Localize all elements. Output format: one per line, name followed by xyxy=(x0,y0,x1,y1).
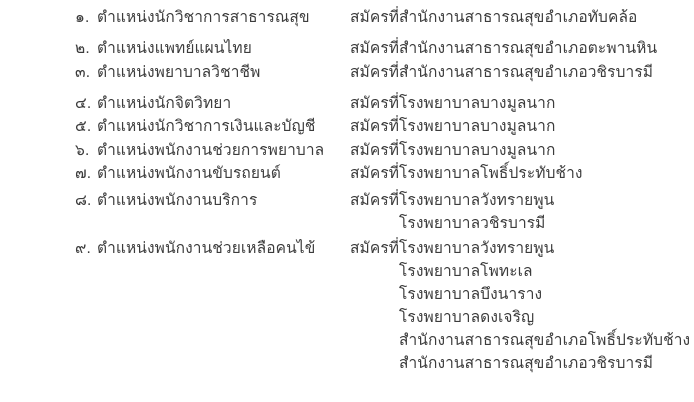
item-number: ๒. xyxy=(75,38,97,59)
apply-label: สมัครที่ xyxy=(350,38,399,59)
apply-location: โรงพยาบาลวชิรบารมี xyxy=(399,213,546,234)
job-row: ๙.ตำแหน่งพนักงานช่วยเหลือคนไข้ xyxy=(75,238,315,259)
apply-location: โรงพยาบาลบึงนาราง xyxy=(399,284,542,305)
apply-line: สมัครที่สำนักงานสาธารณสุขอำเภอตะพานหิน xyxy=(350,38,657,59)
apply-label: สมัครที่ xyxy=(350,163,399,184)
apply-line: สมัครที่โรงพยาบาลวังทรายพูน xyxy=(350,238,554,259)
position-title: ตำแหน่งนักวิชาการเงินและบัญชี xyxy=(97,118,316,135)
position-title: ตำแหน่งพนักงานบริการ xyxy=(97,192,257,209)
item-number: ๙. xyxy=(75,238,97,259)
apply-location: โรงพยาบาลบางมูลนาก xyxy=(399,142,555,159)
position-title: ตำแหน่งพนักงานช่วยการพยาบาล xyxy=(97,142,324,159)
apply-location: โรงพยาบาลโพธิ์ประทับช้าง xyxy=(399,165,583,182)
apply-label: สมัครที่ xyxy=(350,238,399,259)
apply-label: สมัครที่ xyxy=(350,93,399,114)
apply-location: โรงพยาบาลโพทะเล xyxy=(399,261,533,282)
job-row: ๒.ตำแหน่งแพทย์แผนไทย xyxy=(75,38,252,59)
item-number: ๘. xyxy=(75,190,97,211)
item-number: ๕. xyxy=(75,116,97,137)
item-number: ๑. xyxy=(75,7,97,28)
position-title: ตำแหน่งพนักงานช่วยเหลือคนไข้ xyxy=(97,240,315,257)
item-number: ๖. xyxy=(75,140,97,161)
apply-location: โรงพยาบาลบางมูลนาก xyxy=(399,118,555,135)
apply-line: สมัครที่สำนักงานสาธารณสุขอำเภอวชิรบารมี xyxy=(350,62,653,83)
apply-location: สำนักงานสาธารณสุขอำเภอทับคล้อ xyxy=(399,9,637,26)
apply-label: สมัครที่ xyxy=(350,140,399,161)
job-row: ๓.ตำแหน่งพยาบาลวิชาชีพ xyxy=(75,62,260,83)
job-row: ๕.ตำแหน่งนักวิชาการเงินและบัญชี xyxy=(75,116,316,137)
position-title: ตำแหน่งแพทย์แผนไทย xyxy=(97,40,252,57)
position-title: ตำแหน่งนักจิตวิทยา xyxy=(97,95,231,112)
apply-line: สมัครที่โรงพยาบาลบางมูลนาก xyxy=(350,93,555,114)
apply-label: สมัครที่ xyxy=(350,7,399,28)
item-number: ๔. xyxy=(75,93,97,114)
position-title: ตำแหน่งพนักงานขับรถยนต์ xyxy=(97,165,281,182)
item-number: ๗. xyxy=(75,163,97,184)
apply-label: สมัครที่ xyxy=(350,190,399,211)
job-row: ๖.ตำแหน่งพนักงานช่วยการพยาบาล xyxy=(75,140,324,161)
apply-line: สมัครที่สำนักงานสาธารณสุขอำเภอทับคล้อ xyxy=(350,7,637,28)
apply-location: โรงพยาบาลวังทรายพูน xyxy=(399,192,554,209)
job-row: ๗.ตำแหน่งพนักงานขับรถยนต์ xyxy=(75,163,281,184)
position-title: ตำแหน่งพยาบาลวิชาชีพ xyxy=(97,64,260,81)
apply-location: โรงพยาบาลวังทรายพูน xyxy=(399,240,554,257)
apply-location: โรงพยาบาลบางมูลนาก xyxy=(399,95,555,112)
apply-location: สำนักงานสาธารณสุขอำเภอวชิรบารมี xyxy=(399,353,653,374)
apply-location: สำนักงานสาธารณสุขอำเภอโพธิ์ประทับช้าง xyxy=(399,330,690,351)
apply-label: สมัครที่ xyxy=(350,116,399,137)
document-page: ๑.ตำแหน่งนักวิชาการสาธารณสุข สมัครที่สำน… xyxy=(0,0,694,402)
item-number: ๓. xyxy=(75,62,97,83)
apply-label: สมัครที่ xyxy=(350,62,399,83)
apply-line: สมัครที่โรงพยาบาลโพธิ์ประทับช้าง xyxy=(350,163,583,184)
apply-line: สมัครที่โรงพยาบาลบางมูลนาก xyxy=(350,140,555,161)
apply-location: สำนักงานสาธารณสุขอำเภอตะพานหิน xyxy=(399,40,657,57)
apply-line: สมัครที่โรงพยาบาลวังทรายพูน xyxy=(350,190,554,211)
apply-location: สำนักงานสาธารณสุขอำเภอวชิรบารมี xyxy=(399,64,653,81)
apply-line: สมัครที่โรงพยาบาลบางมูลนาก xyxy=(350,116,555,137)
job-row: ๘.ตำแหน่งพนักงานบริการ xyxy=(75,190,257,211)
apply-location: โรงพยาบาลดงเจริญ xyxy=(399,307,534,328)
position-title: ตำแหน่งนักวิชาการสาธารณสุข xyxy=(97,9,310,26)
job-row: ๔.ตำแหน่งนักจิตวิทยา xyxy=(75,93,231,114)
job-row: ๑.ตำแหน่งนักวิชาการสาธารณสุข xyxy=(75,7,310,28)
